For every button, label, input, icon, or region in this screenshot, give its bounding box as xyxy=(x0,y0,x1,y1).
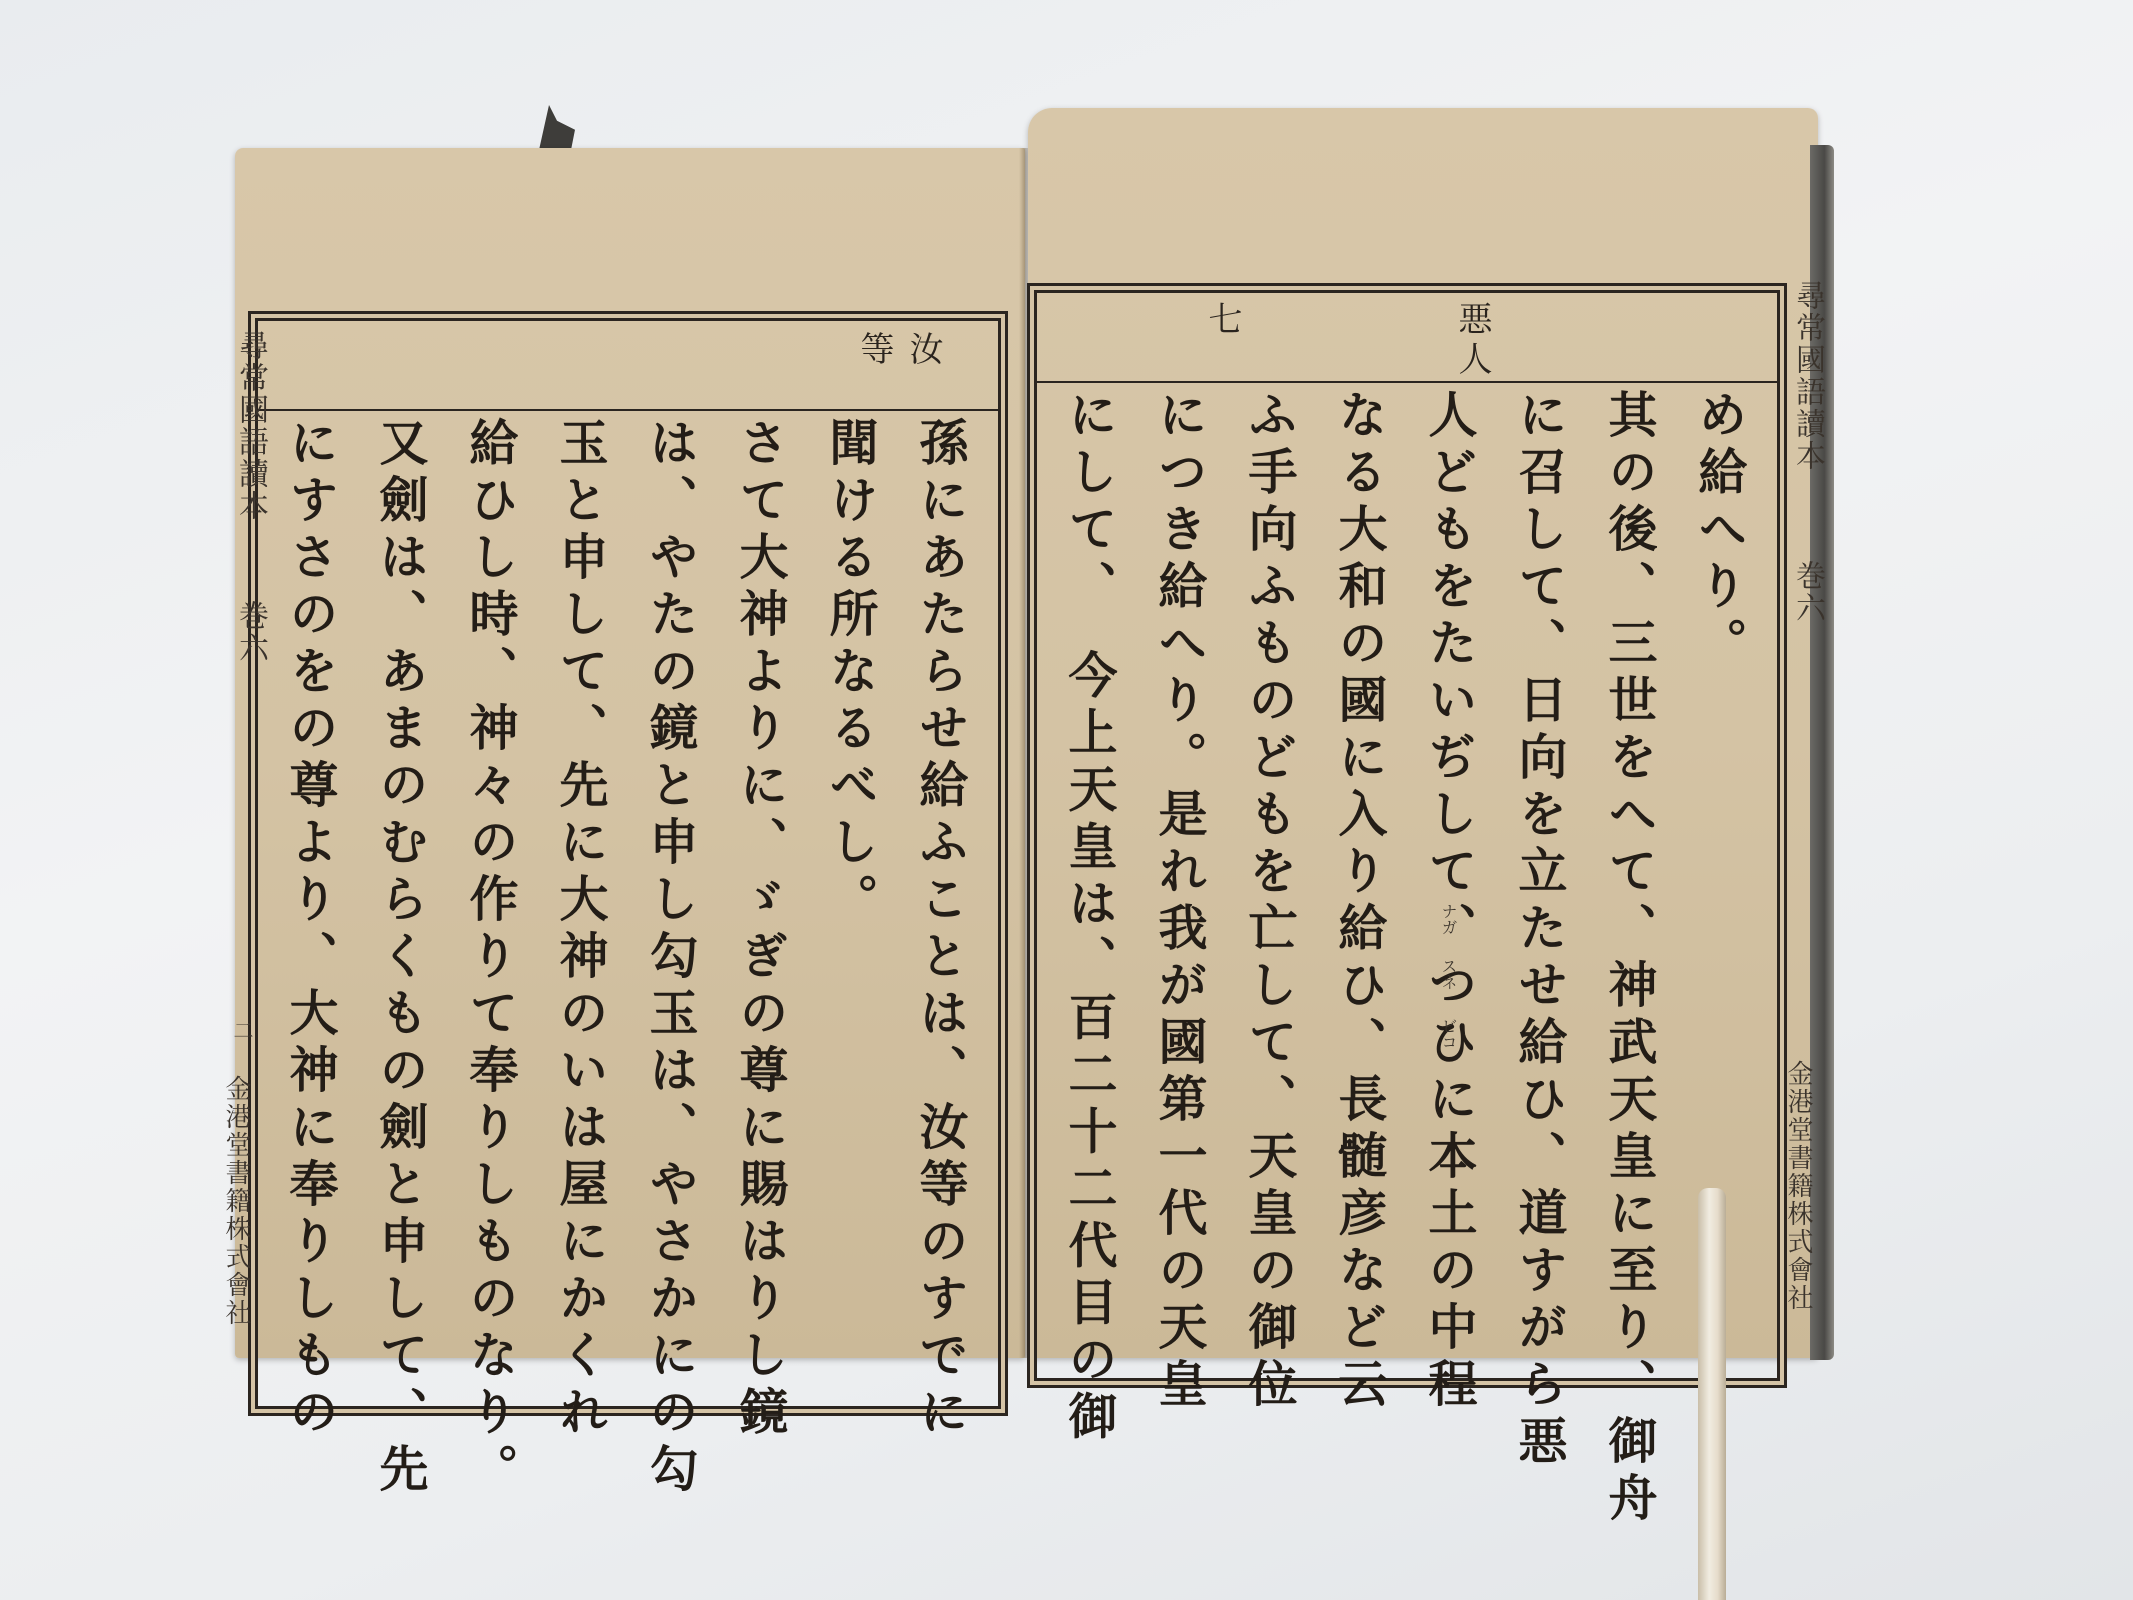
text-column: なる大和の國に入り給ひ、長髄彦など云 xyxy=(1315,389,1405,1368)
right-header-band: 悪人 七 xyxy=(1037,293,1777,383)
left-spine-page-number: 二 xyxy=(228,1020,257,1042)
furigana-naga: ナガ xyxy=(1437,903,1460,935)
text-column: 聞ける所なるべし。 xyxy=(806,417,896,1396)
left-spine-volume: 巻六 xyxy=(228,600,272,664)
text-column: に召して、日向を立たせ給ひ、道すがら悪 xyxy=(1495,389,1585,1368)
text-column: にして、 今上天皇は、百二十二代目の御 xyxy=(1045,389,1135,1368)
text-column: 人どもをたいぢして、つひに本土の中程 xyxy=(1405,389,1495,1368)
text-column: につき給へり。是れ我が國第一代の天皇 xyxy=(1135,389,1225,1368)
text-column: にすさのをの尊より、大神に奉りしもの xyxy=(266,417,356,1396)
bookmark-ribbon xyxy=(535,105,575,150)
left-header-band: 汝等 xyxy=(258,321,998,411)
text-column: 其の後、三世をへて、神武天皇に至り、御舟 xyxy=(1585,389,1675,1368)
text-column: 玉と申して、先に大神のいは屋にかくれ xyxy=(536,417,626,1396)
photo-scene: 汝等 孫にあたらせ給ふことは、汝等のすでに 聞ける所なるべし。 さて大神よりに、… xyxy=(0,0,2133,1600)
left-spine-title: 尋常國語讀本 xyxy=(228,330,272,522)
left-header-gloss: 汝等 xyxy=(850,331,948,409)
left-page-frame: 汝等 孫にあたらせ給ふことは、汝等のすでに 聞ける所なるべし。 さて大神よりに、… xyxy=(255,318,1001,1409)
right-header-gloss: 悪人 xyxy=(1448,301,1497,381)
furigana-sune: スネ xyxy=(1437,958,1460,990)
wooden-stick-pointer xyxy=(1698,1188,1726,1600)
right-spine-volume: 巻六 xyxy=(1785,560,1829,624)
right-spine-publisher: 金港堂書籍株式會社 xyxy=(1780,1060,1817,1312)
right-spine-title: 尋常國語讀本 xyxy=(1785,280,1829,472)
right-header-page-number: 七 xyxy=(1198,301,1247,341)
text-column: ふ手向ふものどもを亡して、天皇の御位 xyxy=(1225,389,1315,1368)
text-column: 孫にあたらせ給ふことは、汝等のすでに xyxy=(896,417,986,1396)
text-column: さて大神よりに、ゞぎの尊に賜はりし鏡 xyxy=(716,417,806,1396)
furigana-biko: ビコ xyxy=(1437,1018,1460,1050)
left-spine-publisher: 金港堂書籍株式會社 xyxy=(218,1075,255,1327)
right-page-frame: 悪人 七 め給へり。 其の後、三世をへて、神武天皇に至り、御舟 に召して、日向を… xyxy=(1034,290,1780,1381)
right-body-text: め給へり。 其の後、三世をへて、神武天皇に至り、御舟 に召して、日向を立たせ給ひ… xyxy=(1049,389,1765,1368)
text-column: は、やたの鏡と申し勾玉は、やさかにの勾 xyxy=(626,417,716,1396)
left-body-text: 孫にあたらせ給ふことは、汝等のすでに 聞ける所なるべし。 さて大神よりに、ゞぎの… xyxy=(270,417,986,1396)
text-column: 給ひし時、神々の作りて奉りしものなり。 xyxy=(446,417,536,1396)
text-column: 又劍は、あまのむらくもの劍と申して、先 xyxy=(356,417,446,1396)
